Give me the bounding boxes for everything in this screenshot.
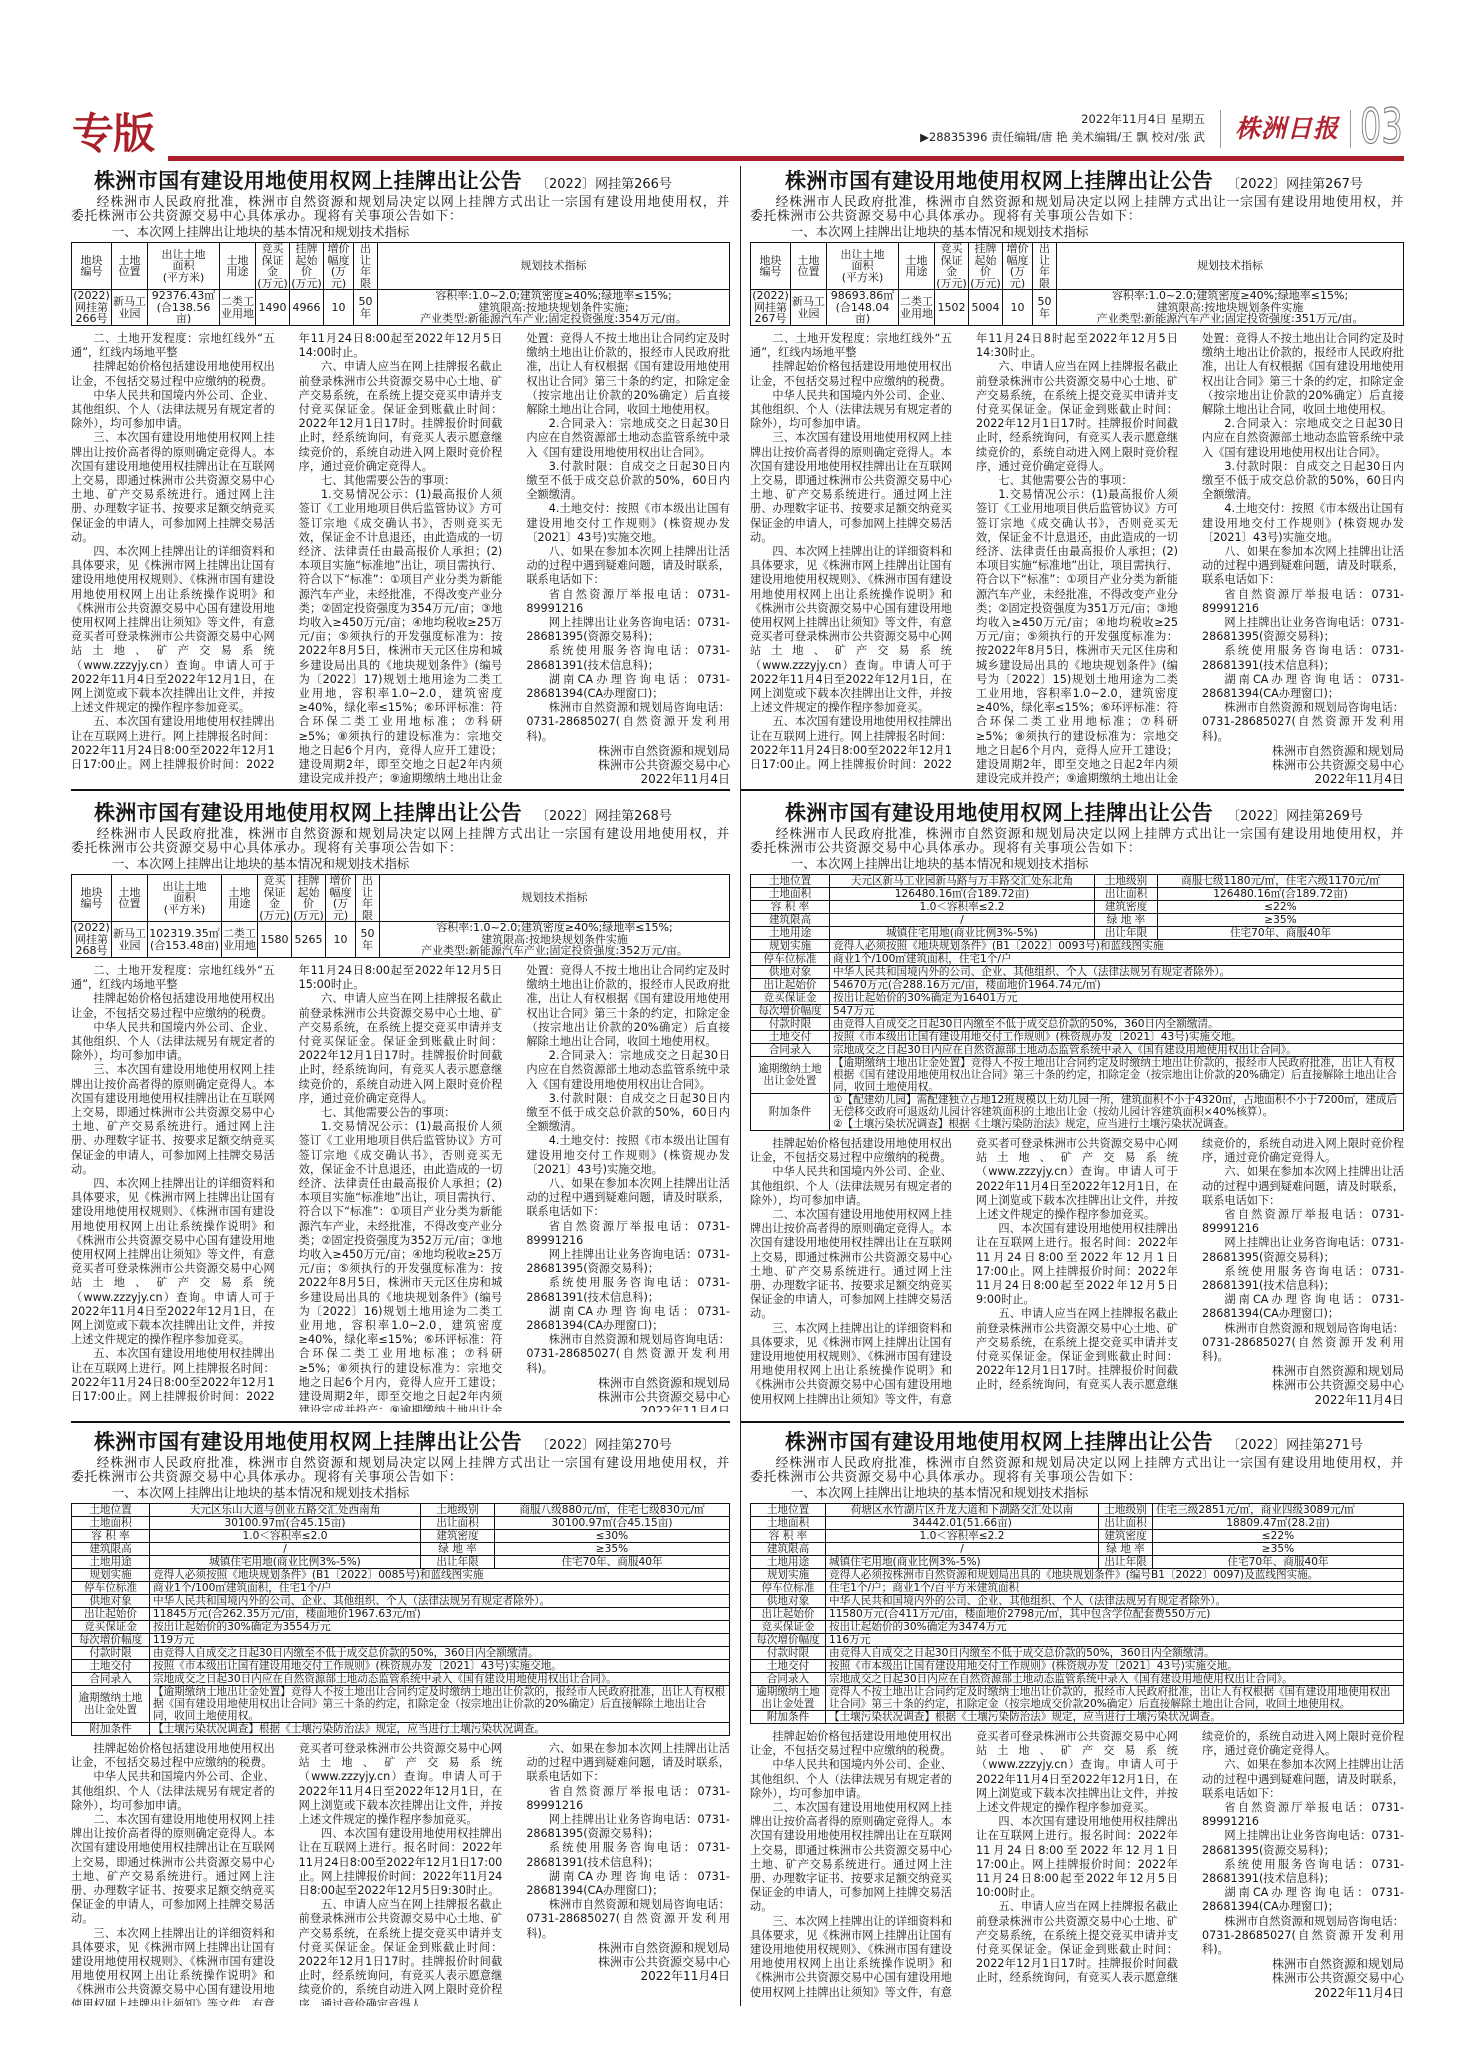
column-header: 出让土地 面积 (平方米) (148, 875, 222, 922)
field-value: / (826, 1543, 1099, 1556)
paragraph: 挂牌起始价格包括建设用地使用权出让金，不包括交易过程中应缴纳的税费。 (71, 992, 275, 1020)
notice-intro: 经株洲市人民政府批准，株洲市自然资源和规划局决定以网上挂牌方式出让一宗国有建设用… (71, 196, 730, 224)
field-value: 商业1个/100㎡建筑面积，住宅1个/户 (150, 1582, 730, 1595)
paragraph: 二、土地开发程度：宗地红线外“五通”，红线内场地平整 (71, 964, 275, 992)
table-row: (2022) 网挂第 268号 新马工 业园 102319.35㎡ (合153.… (72, 922, 730, 958)
masthead-divider (1350, 110, 1351, 148)
field-label: 出让面积 (1095, 888, 1158, 901)
field-value: 竞得人必须按照《地块规划条件》(B1〔2022〕0093号)和蓝线图实施 (830, 940, 1404, 953)
table-row: 合同录入宗地成交之日起30日内应在自然资源部土地动态监管系统中录入《国有建设用地… (72, 1673, 730, 1686)
paragraph: 中华人民共和国境内外公司、企业、其他组织、个人（法律法规另有规定者的除外），均可… (750, 1165, 952, 1208)
table-header-row: 地块 编号 土地 位置 出让土地 面积 (平方米) 土地 用途 竞买 保证金 (… (72, 243, 730, 290)
term: 50年 (1033, 290, 1057, 326)
contact-line: 湖南CA办理咨询电话：0731-28681394(CA办理窗口)； (526, 1870, 730, 1898)
field-value: 宗地成交之日起30日内应在自然资源部土地动态监管系统中录入《国有建设用地使用权出… (830, 1044, 1404, 1057)
table-row: 土地交付按照《市本级出让国有建设用地交付工作规则》(株资规办发〔2021〕43号… (751, 1660, 1404, 1673)
field-value: 126480.16㎡(合189.72亩) (1158, 888, 1404, 901)
table-row: 每次增价幅度119万元 (72, 1634, 730, 1647)
field-value: 竞得人必须按株洲市自然资源和规划局出具的《地块规划条件》(编号B1〔2022〕0… (826, 1569, 1404, 1582)
table-row: 竞买保证金按出让起始价的30%确定为3554万元 (72, 1621, 730, 1634)
field-value: 中华人民共和国境内外的公司、企业、其他组织、个人（法律法规另有规定者除外）。 (830, 966, 1404, 979)
paragraph: 六、如果在参加本次网上挂牌出让活动的过程中遇到疑难问题，请及时联系，联系电话如下… (1202, 1165, 1404, 1208)
field-value: 【逾期缴纳土地出让金处置】竞得人不按土地出让合同约定及时缴纳土地出让价款的，报经… (150, 1686, 730, 1723)
field-label: 土地面积 (72, 1517, 150, 1530)
paragraph: 中华人民共和国境内外公司、企业、其他组织、个人（法律法规另有规定者的除外），均可… (71, 1021, 275, 1064)
field-label: 合同录入 (751, 1673, 826, 1686)
field-label: 附加条件 (751, 1711, 826, 1724)
signature-issuer: 株洲市公共资源交易中心 (1202, 1378, 1404, 1392)
field-label: 绿 地 率 (1095, 914, 1158, 927)
field-value: 按照《市本级出让国有建设用地交付工作规则》(株资规办发〔2021〕43号)实施交… (826, 1660, 1404, 1673)
notice-title: 株洲市国有建设用地使用权网上挂牌出让公告〔2022〕网挂第270号 (71, 1429, 730, 1455)
paragraph: 挂牌起始价格包括建设用地使用权出让金，不包括交易过程中应缴纳的税费。 (71, 1742, 275, 1770)
paragraph: 二、本次国有建设用地使用权网上挂牌出让按价高者得的原则确定竞得人。本次国有建设用… (750, 1208, 952, 1322)
field-label: 供地对象 (751, 1595, 826, 1608)
contact-line: 系统使用服务咨询电话：0731-28681391(技术信息科)； (526, 644, 730, 672)
paragraph: 四、本次网上挂牌出让的详细资料和具体要求，见《株洲市网上挂牌出让国有建设用地使用… (71, 1177, 275, 1347)
table-header-row: 地块 编号 土地 位置 出让土地 面积 (平方米) 土地 用途 竞买 保证金 (… (751, 243, 1404, 290)
paragraph: 三、本次国有建设用地使用权网上挂牌出让按价高者得的原则确定竞得人。本次国有建设用… (750, 431, 952, 545)
paragraph: 六、申请人应当在网上挂牌报名截止前登录株洲市公共资源交易中心土地、矿产交易系统，… (299, 992, 503, 1106)
field-value: 1.0＜容积率≤2.2 (830, 901, 1095, 914)
land-parcel-table: 土地位置天元区乐山大道与创业五路交汇处西南角土地级别商服八级880元/㎡，住宅七… (71, 1503, 730, 1736)
contact-line: 网上挂牌出让业务咨询电话：0731-28681395(资源交易科)； (526, 1248, 730, 1276)
table-row: 逾期缴纳土地 出让金处置竞得人不按土地出让合同约定及时缴纳土地出让价款的，报经市… (751, 1686, 1404, 1711)
notice-intro: 经株洲市人民政府批准，株洲市自然资源和规划局决定以网上挂牌方式出让一宗国有建设用… (750, 828, 1404, 856)
field-value: / (830, 914, 1095, 927)
field-label: 每次增价幅度 (72, 1634, 150, 1647)
field-value: 【土壤污染状况调查】根据《土壤污染防治法》规定，应当进行土壤污染状况调查。 (150, 1723, 730, 1736)
column-header: 规划技术指标 (380, 875, 730, 922)
notice-number: 〔2022〕网挂第266号 (536, 177, 672, 192)
column-header: 规划技术指标 (378, 243, 730, 290)
increment: 10 (324, 290, 354, 326)
field-value: ≥35% (1153, 1543, 1404, 1556)
contact-line: 湖南CA办理咨询电话：0731-28681394(CA办理窗口)； (1202, 1293, 1404, 1321)
field-value: ①【配建幼儿园】需配建独立占地12班规模以上幼儿园一所，建筑面积不小于4320㎡… (830, 1094, 1404, 1131)
paragraph: 三、本次国有建设用地使用权网上挂牌出让按价高者得的原则确定竞得人。本次国有建设用… (71, 1063, 275, 1177)
deposit: 1502 (935, 290, 969, 326)
field-value: 11580万元(合411万元/亩，楼面地价2798元/㎡，其中包含学位配套费55… (826, 1608, 1404, 1621)
table-row: 竞买保证金按出让起始价的30%确定为3474万元 (751, 1621, 1404, 1634)
contact-line: 网上挂牌出让业务咨询电话：0731-28681395(资源交易科)； (1202, 616, 1404, 644)
paragraph: 4.土地交付：按照《市本级出让国有建设用地交付工作规则》(株资规办发〔2021〕… (526, 502, 730, 545)
field-label: 容 积 率 (751, 1530, 826, 1543)
field-label: 合同录入 (751, 1044, 830, 1057)
paragraph: 挂牌起始价格包括建设用地使用权出让金，不包括交易过程中应缴纳的税费。 (750, 360, 952, 388)
column-header: 土地 用途 (899, 243, 935, 290)
signature-date: 2022年11月4日 (1202, 1986, 1404, 2000)
field-label: 建筑限高 (751, 1543, 826, 1556)
field-value: ≤30% (495, 1530, 730, 1543)
paragraph: 二、土地开发程度：宗地红线外“五通”，红线内场地平整 (750, 332, 952, 360)
notice-number: 〔2022〕网挂第268号 (536, 809, 672, 824)
paragraph: 二、土地开发程度：宗地红线外“五通”，红线内场地平整 (71, 332, 275, 360)
field-label: 出让年限 (1095, 927, 1158, 940)
section-divider (71, 1421, 730, 1423)
paragraph: 挂牌起始价格包括建设用地使用权出让金，不包括交易过程中应缴纳的税费。 (750, 1730, 952, 1758)
field-value: 11845万元(合262.35万元/亩，楼面地价1967.63元/㎡) (150, 1608, 730, 1621)
field-label: 逾期缴纳土地 出让金处置 (751, 1686, 826, 1711)
table-row: 土地面积30100.97㎡(合45.15亩)出让面积30100.97㎡(合45.… (72, 1517, 730, 1530)
paragraph: 2.合同录入：宗地成交之日起30日内应在自然资源部土地动态监管系统中录入《国有建… (1202, 417, 1404, 460)
plot-number: (2022) 网挂第 266号 (72, 290, 112, 326)
field-value: 天元区新马工业园新马路与万丰路交汇处东北角 (830, 875, 1095, 888)
table-row: 土地用途城镇住宅用地(商业比例3%-5%)出让年限住宅70年、商服40年 (751, 1556, 1404, 1569)
field-label: 停车位标准 (751, 953, 830, 966)
table-row: 土地位置天元区乐山大道与创业五路交汇处西南角土地级别商服八级880元/㎡，住宅七… (72, 1504, 730, 1517)
table-row: 土地面积126480.16㎡(合189.72亩)出让面积126480.16㎡(合… (751, 888, 1404, 901)
contact-line: 株洲市自然资源和规划局咨询电话：0731-28685027(自然资源开发利用科)… (1202, 1915, 1404, 1958)
field-label: 出让起始价 (751, 979, 830, 992)
plot-area: 98693.86㎡ (合148.04亩) (827, 290, 899, 326)
field-value: 由竞得人自成交之日起30日内缴至不低于成交总价款的50%，360日内全额缴清。 (830, 1018, 1404, 1031)
table-row: 土地位置荷塘区水竹湖片区升龙大道和下湖路交汇处以南土地级别住宅三级2851元/㎡… (751, 1504, 1404, 1517)
field-label: 附加条件 (72, 1723, 150, 1736)
field-label: 规划实施 (751, 1569, 826, 1582)
contact-line: 省自然资源厅举报电话：0731-89991216 (526, 1785, 730, 1813)
field-label: 土地位置 (72, 1504, 150, 1517)
field-label: 竞买保证金 (751, 1621, 826, 1634)
notice-270: 株洲市国有建设用地使用权网上挂牌出让公告〔2022〕网挂第270号 经株洲市人民… (71, 1429, 730, 2006)
paragraph: 四、本次国有建设用地使用权挂牌出让在互联网上进行。报名时间：2022年11月24… (976, 1222, 1178, 1307)
signature-issuer: 株洲市自然资源和规划局 (1202, 1364, 1404, 1378)
notice-number: 〔2022〕网挂第269号 (1227, 809, 1363, 824)
table-row: 供地对象中华人民共和国境内外的公司、企业、其他组织、个人（法律法规另有规定者除外… (751, 1595, 1404, 1608)
signature-issuer: 株洲市自然资源和规划局 (526, 1376, 730, 1390)
plot-number: (2022) 网挂第 267号 (751, 290, 791, 326)
column-divider (740, 166, 741, 2006)
signature-date: 2022年11月4日 (526, 772, 730, 784)
contact-line: 株洲市自然资源和规划局咨询电话：0731-28685027(自然资源开发利用科)… (526, 1898, 730, 1941)
paragraph: 六、如果在参加本次网上挂牌出让活动的过程中遇到疑难问题，请及时联系，联系电话如下… (526, 1742, 730, 1785)
section-divider (741, 789, 1404, 791)
field-value: 城镇住宅用地(商业比例3%-5%) (150, 1556, 421, 1569)
table-row: 建筑限高/绿 地 率≥35% (751, 914, 1404, 927)
field-label: 出让年限 (421, 1556, 495, 1569)
deposit: 1580 (258, 922, 292, 958)
field-value: 宗地成交之日起30日内应在自然资源部土地动态监管系统中录入《国有建设用地使用权出… (150, 1673, 730, 1686)
field-value: 住宅三级2851元/㎡，商业四级3089元/㎡ (1153, 1504, 1404, 1517)
table-row: 附加条件①【配建幼儿园】需配建独立占地12班规模以上幼儿园一所，建筑面积不小于4… (751, 1094, 1404, 1131)
signature-issuer: 株洲市公共资源交易中心 (526, 1390, 730, 1404)
field-value: 18809.47㎡(28.2亩) (1153, 1517, 1404, 1530)
field-label: 合同录入 (72, 1673, 150, 1686)
field-label: 出让起始价 (751, 1608, 826, 1621)
field-value: 按出让起始价的30%确定为3554万元 (150, 1621, 730, 1634)
table-row: 每次增价幅度547万元 (751, 1005, 1404, 1018)
paragraph: 三、本次国有建设用地使用权网上挂牌出让按价高者得的原则确定竞得人。本次国有建设用… (71, 431, 275, 545)
field-value: 按出让起始价的30%确定为3474万元 (826, 1621, 1404, 1634)
column-header: 出让 年限 (1033, 243, 1057, 290)
deposit: 1490 (256, 290, 290, 326)
field-value: 按照《市本级出让国有建设用地交付工作规则》(株资规办发〔2021〕43号)实施交… (150, 1660, 730, 1673)
paragraph: 六、申请人应当在网上挂牌报名截止前登录株洲市公共资源交易中心土地、矿产交易系统，… (976, 360, 1178, 474)
notice-267: 株洲市国有建设用地使用权网上挂牌出让公告〔2022〕网挂第267号 经株洲市人民… (750, 168, 1404, 784)
paragraph: 四、本次网上挂牌出让的详细资料和具体要求，见《株洲市网上挂牌出让国有建设用地使用… (750, 545, 952, 715)
plot-location: 新马工 业园 (791, 290, 827, 326)
field-value: 34442.01(51.66亩) (826, 1517, 1099, 1530)
field-value: ≤22% (1153, 1530, 1404, 1543)
section-subheading: 一、本次网上挂牌出让地块的基本情况和规划技术指标 (71, 225, 730, 239)
field-label: 土地级别 (1099, 1504, 1153, 1517)
notice-intro: 经株洲市人民政府批准，株洲市自然资源和规划局决定以网上挂牌方式出让一宗国有建设用… (71, 1457, 730, 1485)
notice-number: 〔2022〕网挂第267号 (1227, 177, 1363, 192)
notice-number: 〔2022〕网挂第271号 (1227, 1438, 1363, 1453)
field-label: 土地交付 (72, 1660, 150, 1673)
column-header: 增价 幅度 (万元) (324, 243, 354, 290)
column-header: 土地 用途 (222, 875, 258, 922)
signature-issuer: 株洲市自然资源和规划局 (526, 744, 730, 758)
table-row: 竞买保证金按出让起始价的30%确定为16401万元 (751, 992, 1404, 1005)
land-parcel-table: 土地位置天元区新马工业园新马路与万丰路交汇处东北角土地级别商服七级1180元/㎡… (750, 874, 1404, 1131)
signature-issuer: 株洲市公共资源交易中心 (1202, 758, 1404, 772)
paragraph: 七、其他需要公告的事项： (299, 1106, 503, 1120)
notice-269: 株洲市国有建设用地使用权网上挂牌出让公告〔2022〕网挂第269号 经株洲市人民… (750, 800, 1404, 1412)
contact-line: 株洲市自然资源和规划局咨询电话：0731-28685027(自然资源开发利用科)… (526, 701, 730, 744)
section-subheading: 一、本次网上挂牌出让地块的基本情况和规划技术指标 (750, 225, 1404, 239)
table-row: 合同录入宗地成交之日起30日内应在自然资源部土地动态监管系统中录入《国有建设用地… (751, 1044, 1404, 1057)
column-header: 竞买 保证金 (万元) (256, 243, 290, 290)
table-row: 土地位置天元区新马工业园新马路与万丰路交汇处东北角土地级别商服七级1180元/㎡… (751, 875, 1404, 888)
paragraph: 中华人民共和国境内外公司、企业、其他组织、个人（法律法规另有规定者的除外），均可… (71, 1770, 275, 1813)
contact-line: 株洲市自然资源和规划局咨询电话：0731-28685027(自然资源开发利用科)… (526, 1333, 730, 1376)
column-header: 土地 位置 (112, 875, 148, 922)
field-label: 建筑限高 (72, 1543, 150, 1556)
field-label: 逾期缴纳土地 出让金处置 (72, 1686, 150, 1723)
field-value: / (150, 1543, 421, 1556)
column-header: 挂牌 起始价 (万元) (290, 243, 324, 290)
increment: 10 (326, 922, 356, 958)
field-label: 出让面积 (421, 1517, 495, 1530)
paragraph: 中华人民共和国境内外公司、企业、其他组织、个人（法律法规另有规定者的除外），均可… (71, 389, 275, 432)
field-label: 土地用途 (751, 927, 830, 940)
table-row: 容 积 率1.0＜容积率≤2.0建筑密度≤30% (72, 1530, 730, 1543)
table-row: 付款时限由竞得人自成交之日起30日内缴至不低于成交总价款的50%，360日内全额… (751, 1018, 1404, 1031)
notice-body: 二、土地开发程度：宗地红线外“五通”，红线内场地平整 挂牌起始价格包括建设用地使… (71, 964, 730, 1412)
notice-heading: 株洲市国有建设用地使用权网上挂牌出让公告 (785, 169, 1213, 193)
editor-credits: ▶28835396 责任编辑/唐 艳 美术编辑/王 飘 校对/张 武 (920, 128, 1205, 146)
table-row: 建筑限高/绿 地 率≥35% (72, 1543, 730, 1556)
contact-line: 省自然资源厅举报电话：0731-89991216 (1202, 1208, 1404, 1236)
paragraph: 3.付款时限：自成交之日起30日内缴至不低于成交总价款的50%，60日内全额缴清… (526, 460, 730, 503)
table-row: 停车位标准商业1个/100㎡建筑面积，住宅1个/户 (72, 1582, 730, 1595)
table-row: 规划实施竞得人必须按照《地块规划条件》(B1〔2022〕0085号)和蓝线图实施 (72, 1569, 730, 1582)
table-row: 土地用途城镇住宅用地(商业比例3%-5%)出让年限住宅70年、商服40年 (72, 1556, 730, 1569)
field-value: 住宅1个/户；商业1个/百平方米建筑面积 (826, 1582, 1404, 1595)
notice-title: 株洲市国有建设用地使用权网上挂牌出让公告〔2022〕网挂第266号 (71, 168, 730, 194)
signature-issuer: 株洲市自然资源和规划局 (1202, 1957, 1404, 1971)
section-divider (741, 1421, 1404, 1423)
notice-271: 株洲市国有建设用地使用权网上挂牌出让公告〔2022〕网挂第271号 经株洲市人民… (750, 1429, 1404, 2006)
field-value: 119万元 (150, 1634, 730, 1647)
field-label: 建筑密度 (421, 1530, 495, 1543)
table-row: 每次增价幅度116万元 (751, 1634, 1404, 1647)
field-value: 中华人民共和国境内外的公司、企业、其他组织、个人（法律法规另有规定者除外）。 (826, 1595, 1404, 1608)
paragraph: 挂牌起始价格包括建设用地使用权出让金，不包括交易过程中应缴纳的税费。 (750, 1137, 952, 1165)
signature-date: 2022年11月4日 (526, 1404, 730, 1412)
field-value: 住宅70年、商服40年 (1158, 927, 1404, 940)
paragraph: 4.土地交付：按照《市本级出让国有建设用地交付工作规则》(株资规办发〔2021〕… (1202, 502, 1404, 545)
paragraph: 五、申请人应当在网上挂牌报名截止前登录株洲市公共资源交易中心土地、矿产交易系统，… (299, 1898, 503, 2006)
field-label: 土地位置 (751, 875, 830, 888)
field-value: 由竞得人自成交之日起30日内缴至不低于成交总价款的50%，360日内全额缴清。 (150, 1647, 730, 1660)
field-label: 付款时限 (751, 1018, 830, 1031)
contact-line: 省自然资源厅举报电话：0731-89991216 (1202, 1801, 1404, 1829)
field-value: 荷塘区水竹湖片区升龙大道和下湖路交汇处以南 (826, 1504, 1099, 1517)
signature-date: 2022年11月4日 (1202, 772, 1404, 784)
field-label: 停车位标准 (72, 1582, 150, 1595)
column-header: 增价 幅度 (万元) (326, 875, 356, 922)
paragraph: 七、其他需要公告的事项： (299, 474, 503, 488)
notice-title: 株洲市国有建设用地使用权网上挂牌出让公告〔2022〕网挂第268号 (71, 800, 730, 826)
field-label: 土地面积 (751, 888, 830, 901)
column-header: 出让 年限 (354, 243, 378, 290)
contact-line: 省自然资源厅举报电话：0731-89991216 (526, 1220, 730, 1248)
field-label: 停车位标准 (751, 1582, 826, 1595)
column-header: 竞买 保证金 (万元) (935, 243, 969, 290)
land-parcel-table: 土地位置荷塘区水竹湖片区升龙大道和下湖路交汇处以南土地级别住宅三级2851元/㎡… (750, 1503, 1404, 1724)
page-number: 03 (1360, 102, 1403, 152)
increment: 10 (1003, 290, 1033, 326)
field-label: 规划实施 (751, 940, 830, 953)
notice-number: 〔2022〕网挂第270号 (536, 1438, 672, 1453)
paragraph: 二、本次国有建设用地使用权网上挂牌出让按价高者得的原则确定竞得人。本次国有建设用… (750, 1801, 952, 1915)
field-value: 天元区乐山大道与创业五路交汇处西南角 (150, 1504, 421, 1517)
paragraph: 2.合同录入：宗地成交之日起30日内应在自然资源部土地动态监管系统中录入《国有建… (526, 1049, 730, 1092)
issue-date: 2022年11月4日 星期五 (920, 110, 1205, 128)
column-header: 出让 年限 (356, 875, 380, 922)
field-value: 54670万元(合288.16万元/亩，楼面地价1964.74元/㎡) (830, 979, 1404, 992)
notice-body: 二、土地开发程度：宗地红线外“五通”，红线内场地平整 挂牌起始价格包括建设用地使… (71, 332, 730, 784)
section-subheading: 一、本次网上挂牌出让地块的基本情况和规划技术指标 (750, 1486, 1404, 1500)
notice-266: 株洲市国有建设用地使用权网上挂牌出让公告〔2022〕网挂第266号 经株洲市人民… (71, 168, 730, 784)
contact-line: 株洲市自然资源和规划局咨询电话：0731-28685027(自然资源开发利用科)… (1202, 701, 1404, 744)
field-value: 由竞得人自成交之日起30日内缴至不低于成交总价款的50%，360日内全额缴清。 (826, 1647, 1404, 1660)
table-row: 停车位标准住宅1个/户；商业1个/百平方米建筑面积 (751, 1582, 1404, 1595)
field-label: 竞买保证金 (751, 992, 830, 1005)
contact-line: 系统使用服务咨询电话：0731-28681391(技术信息科)； (1202, 644, 1404, 672)
table-row: 供地对象中华人民共和国境内外的公司、企业、其他组织、个人（法律法规另有规定者除外… (72, 1595, 730, 1608)
table-row: 规划实施竞得人必须按照《地块规划条件》(B1〔2022〕0093号)和蓝线图实施 (751, 940, 1404, 953)
field-label: 逾期缴纳土地 出让金处置 (751, 1057, 830, 1094)
notice-heading: 株洲市国有建设用地使用权网上挂牌出让公告 (94, 801, 522, 825)
paragraph: 四、本次网上挂牌出让的详细资料和具体要求，见《株洲市网上挂牌出让国有建设用地使用… (71, 545, 275, 715)
table-row: 土地交付按照《市本级出让国有建设用地交付工作规则》(株资规办发〔2021〕43号… (72, 1660, 730, 1673)
paragraph: 中华人民共和国境内外公司、企业、其他组织、个人（法律法规另有规定者的除外），均可… (750, 389, 952, 432)
table-row: 土地交付按照《市本级出让国有建设用地交付工作规则》(株资规办发〔2021〕43号… (751, 1031, 1404, 1044)
contact-line: 网上挂牌出让业务咨询电话：0731-28681395(资源交易科)； (1202, 1829, 1404, 1857)
field-value: 30100.97㎡(合45.15亩) (495, 1517, 730, 1530)
notice-heading: 株洲市国有建设用地使用权网上挂牌出让公告 (94, 1430, 522, 1454)
contact-line: 湖南CA办理咨询电话：0731-28681394(CA办理窗口)； (1202, 673, 1404, 701)
field-value: 城镇住宅用地(商业比例3%-5%) (826, 1556, 1099, 1569)
signature-issuer: 株洲市自然资源和规划局 (1202, 744, 1404, 758)
field-value: 【逾期缴纳土地出让金处置】竞得人不按土地出让合同约定及时缴纳土地出让价款的，报经… (830, 1057, 1404, 1094)
column-header: 出让土地 面积 (平方米) (827, 243, 899, 290)
column-header: 增价 幅度 (万元) (1003, 243, 1033, 290)
table-row: 附加条件【土壤污染状况调查】根据《土壤污染防治法》规定，应当进行土壤污染状况调查… (72, 1723, 730, 1736)
plot-location: 新马工 业园 (112, 290, 148, 326)
section-subheading: 一、本次网上挂牌出让地块的基本情况和规划技术指标 (750, 857, 1404, 871)
table-row: 土地用途城镇住宅用地(商业比例3%-5%)出让年限住宅70年、商服40年 (751, 927, 1404, 940)
paragraph: 挂牌起始价格包括建设用地使用权出让金，不包括交易过程中应缴纳的税费。 (71, 360, 275, 388)
contact-line: 系统使用服务咨询电话：0731-28681391(技术信息科)； (526, 1276, 730, 1304)
land-parcel-table: 地块 编号 土地 位置 出让土地 面积 (平方米) 土地 用途 竞买 保证金 (… (750, 242, 1404, 326)
field-value: 中华人民共和国境内外的公司、企业、其他组织、个人（法律法规另有规定者除外）。 (150, 1595, 730, 1608)
field-value: 1.0＜容积率≤2.2 (826, 1530, 1099, 1543)
table-row: 逾期缴纳土地 出让金处置【逾期缴纳土地出让金处置】竞得人不按土地出让合同约定及时… (751, 1057, 1404, 1094)
notice-heading: 株洲市国有建设用地使用权网上挂牌出让公告 (785, 801, 1213, 825)
table-row: 附加条件【土壤污染状况调查】根据《土壤污染防治法》规定，应当进行土壤污染状况调查… (751, 1711, 1404, 1724)
table-row: 逾期缴纳土地 出让金处置【逾期缴纳土地出让金处置】竞得人不按土地出让合同约定及时… (72, 1686, 730, 1723)
column-header: 土地 位置 (112, 243, 148, 290)
notice-title: 株洲市国有建设用地使用权网上挂牌出让公告〔2022〕网挂第267号 (750, 168, 1404, 194)
table-row: 付款时限由竞得人自成交之日起30日内缴至不低于成交总价款的50%，360日内全额… (72, 1647, 730, 1660)
field-label: 付款时限 (72, 1647, 150, 1660)
notice-heading: 株洲市国有建设用地使用权网上挂牌出让公告 (785, 1430, 1213, 1454)
contact-line: 湖南CA办理咨询电话：0731-28681394(CA办理窗口)； (526, 1305, 730, 1333)
start-price: 5265 (292, 922, 326, 958)
field-label: 供地对象 (72, 1595, 150, 1608)
plot-number: (2022) 网挂第 268号 (72, 922, 112, 958)
field-value: 商业1个/100㎡建筑面积，住宅1个/户 (830, 953, 1404, 966)
field-value: 商服八级880元/㎡，住宅七级830元/㎡ (495, 1504, 730, 1517)
field-label: 土地级别 (1095, 875, 1158, 888)
field-label: 绿 地 率 (421, 1543, 495, 1556)
notice-intro: 经株洲市人民政府批准，株洲市自然资源和规划局决定以网上挂牌方式出让一宗国有建设用… (750, 196, 1404, 224)
land-parcel-table: 地块 编号 土地 位置 出让土地 面积 (平方米) 土地 用途 竞买 保证金 (… (71, 242, 730, 326)
section-label: 专版 (72, 110, 154, 158)
field-label: 付款时限 (751, 1647, 826, 1660)
masthead-divider (1220, 110, 1221, 148)
paragraph: 4.土地交付：按照《市本级出让国有建设用地交付工作规则》(株资规办发〔2021〕… (526, 1134, 730, 1177)
table-row: 规划实施竞得人必须按株洲市自然资源和规划局出具的《地块规划条件》(编号B1〔20… (751, 1569, 1404, 1582)
field-label: 每次增价幅度 (751, 1005, 830, 1018)
column-header: 挂牌 起始价 (万元) (969, 243, 1003, 290)
field-value: 30100.97㎡(合45.15亩) (150, 1517, 421, 1530)
field-label: 出让面积 (1099, 1517, 1153, 1530)
field-label: 土地交付 (751, 1031, 830, 1044)
notice-body: 二、土地开发程度：宗地红线外“五通”，红线内场地平整 挂牌起始价格包括建设用地使… (750, 332, 1404, 784)
column-header: 竞买 保证金 (万元) (258, 875, 292, 922)
field-label: 土地用途 (72, 1556, 150, 1569)
field-value: ≤22% (1158, 901, 1404, 914)
land-use: 二类工 业用地 (220, 290, 256, 326)
section-divider (71, 789, 730, 791)
notice-body: 挂牌起始价格包括建设用地使用权出让金，不包括交易过程中应缴纳的税费。 中华人民共… (750, 1137, 1404, 1412)
plot-area: 92376.43㎡ (合138.56亩) (148, 290, 220, 326)
field-label: 绿 地 率 (1099, 1543, 1153, 1556)
paragraph: 2.合同录入：宗地成交之日起30日内应在自然资源部土地动态监管系统中录入《国有建… (526, 417, 730, 460)
term: 50年 (356, 922, 380, 958)
contact-line: 系统使用服务咨询电话：0731-28681391(技术信息科)； (526, 1841, 730, 1869)
contact-line: 网上挂牌出让业务咨询电话：0731-28681395(资源交易科)； (526, 616, 730, 644)
field-label: 土地用途 (751, 1556, 826, 1569)
field-label: 附加条件 (751, 1094, 830, 1131)
signature-date: 2022年11月4日 (526, 1969, 730, 1983)
planning-indicators: 容积率:1.0~2.0;建筑密度≥40%;绿地率≤15%; 建筑限高:按地块规划… (378, 290, 730, 326)
table-row: (2022) 网挂第 267号 新马工 业园 98693.86㎡ (合148.0… (751, 290, 1404, 326)
table-row: 出让起始价54670万元(合288.16万元/亩，楼面地价1964.74元/㎡) (751, 979, 1404, 992)
contact-line: 网上挂牌出让业务咨询电话：0731-28681395(资源交易科)； (526, 1813, 730, 1841)
paragraph: 3.付款时限：自成交之日起30日内缴至不低于成交总价款的50%，60日内全额缴清… (526, 1092, 730, 1135)
table-header-row: 地块 编号 土地 位置 出让土地 面积 (平方米) 土地 用途 竞买 保证金 (… (72, 875, 730, 922)
field-label: 供地对象 (751, 966, 830, 979)
masthead-rule (168, 156, 1404, 161)
field-label: 土地交付 (751, 1660, 826, 1673)
paragraph: 六、如果在参加本次网上挂牌出让活动的过程中遇到疑难问题，请及时联系，联系电话如下… (1202, 1758, 1404, 1801)
